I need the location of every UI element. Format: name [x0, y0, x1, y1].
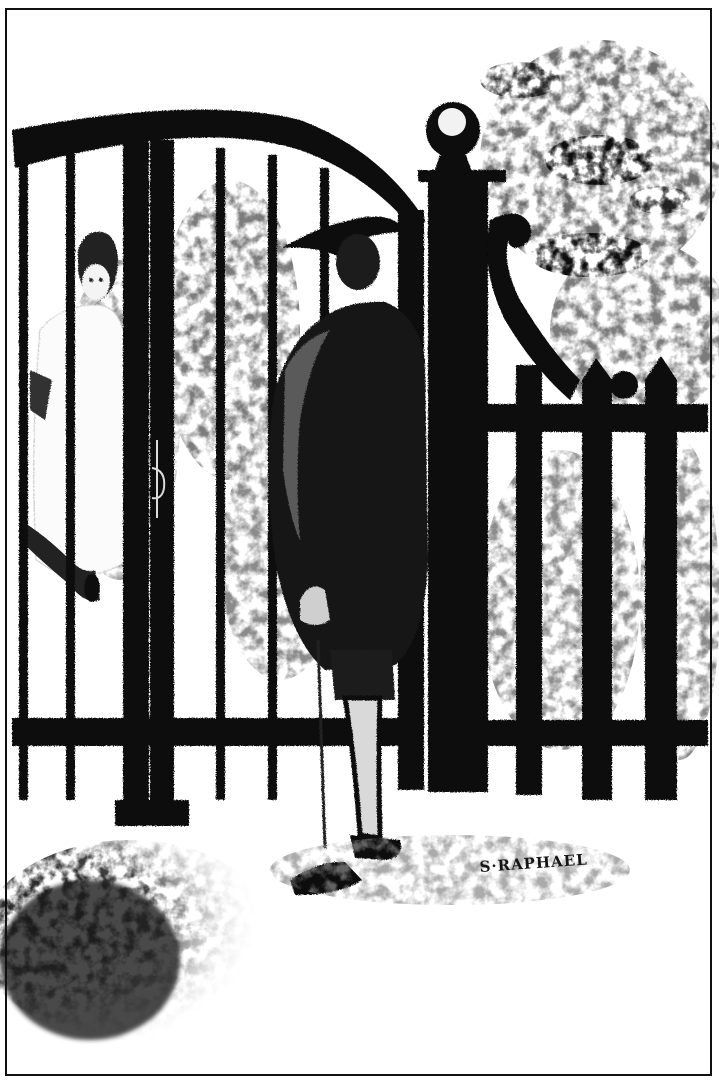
illustration: S·RAPHAEL: [0, 0, 719, 1090]
finial-highlight: [438, 108, 466, 136]
